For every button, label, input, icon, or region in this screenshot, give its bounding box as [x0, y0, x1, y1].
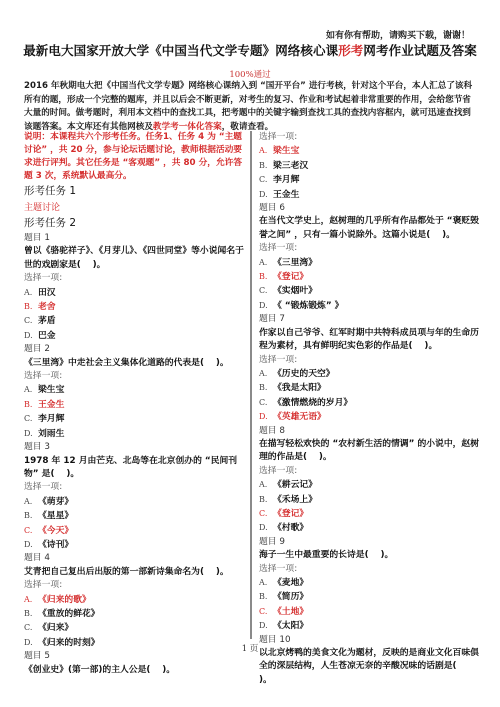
option-a[interactable]: A.《萌芽》: [24, 495, 246, 509]
question-text: 在当代文学史上，赵树理的几乎所有作品都处于 “褒贬毁誉之间” ，只有一篇小说除外…: [259, 215, 481, 242]
option-letter: C.: [24, 314, 38, 327]
option-letter: B.: [259, 590, 273, 603]
option-letter: A.: [24, 593, 38, 606]
question-text: 艾青把自己复出后出版的第一部新诗集命名为( )。: [24, 566, 246, 579]
select-hint: 选择一项:: [24, 481, 246, 494]
topic-discussion-label: 主题讨论: [24, 202, 246, 215]
option-letter: C.: [259, 507, 273, 520]
option-text: 《禾场上》: [273, 495, 317, 505]
option-text: 《星星》: [38, 511, 73, 521]
option-text: 《萌芽》: [38, 497, 73, 507]
question-3: 题目 3 1978 年 12 月由芒克、北岛等在北京创办的 “民间刊物” 是( …: [24, 441, 246, 552]
course-notice: 说明：本课程共六个形考任务。任务1、任务 4 为 “主题讨论” ，共 20 分，…: [24, 131, 246, 183]
option-d-correct[interactable]: D.《英雄无语》: [259, 410, 481, 424]
option-letter: D.: [259, 521, 273, 534]
option-letter: D.: [259, 188, 273, 201]
option-a[interactable]: A.《历史的天空》: [259, 367, 481, 381]
select-hint: 选择一项:: [259, 242, 481, 255]
question-9: 题目 9 海子一生中最重要的长诗是( )。 选择一项: A.《麦地》 B.《简历…: [259, 536, 481, 634]
option-text: 王金生: [38, 400, 64, 410]
option-b-correct[interactable]: B.老舍: [24, 300, 246, 314]
option-c[interactable]: C.《激情燃烧的岁月》: [259, 396, 481, 410]
option-text: 《村歌》: [273, 523, 308, 533]
option-text: 茅盾: [38, 316, 56, 326]
option-letter: C.: [24, 621, 38, 634]
option-a-correct[interactable]: A.梁生宝: [259, 144, 481, 158]
task-1-heading: 形考任务 1: [24, 184, 246, 199]
question-8: 题目 8 在描写轻松欢快的 “农村新生活的情调” 的小说中，赵树理的作品是( )…: [259, 425, 481, 536]
task-2-heading: 形考任务 2: [24, 216, 246, 231]
option-text: 《我是太阳》: [273, 383, 326, 393]
option-letter: D.: [259, 299, 273, 312]
select-hint: 选择一项:: [259, 131, 481, 144]
question-text: 作家以自己爷爷、红军时期中共特科成员项与年的生命历程为素材，具有鲜明纪实色彩的作…: [259, 327, 481, 354]
question-5-options: 选择一项: A.梁生宝 B.梁三老汉 C.李月辉 D.王金生: [259, 131, 481, 202]
option-letter: B.: [259, 159, 273, 172]
question-1: 题目 1 曾以《骆驼祥子》、《月芽儿》、《四世同堂》等小说闻名于世的戏剧家是( …: [24, 232, 246, 343]
option-text: 《登记》: [273, 509, 308, 519]
question-text: 曾以《骆驼祥子》、《月芽儿》、《四世同堂》等小说闻名于世的戏剧家是( )。: [24, 245, 246, 272]
option-letter: A.: [259, 478, 273, 491]
option-c[interactable]: C.《归来》: [24, 621, 246, 635]
option-text: 《归来》: [38, 623, 73, 633]
option-a-correct[interactable]: A.《归来的歌》: [24, 593, 246, 607]
option-b[interactable]: B.《星星》: [24, 509, 246, 523]
option-a[interactable]: A.《麦地》: [259, 576, 481, 590]
option-letter: C.: [259, 396, 273, 409]
question-number: 题目 2: [24, 343, 246, 356]
option-text: 《重放的鲜花》: [38, 609, 100, 619]
option-b[interactable]: B.《重放的鲜花》: [24, 607, 246, 621]
option-d[interactable]: D.刘雨生: [24, 427, 246, 441]
option-text: 《登记》: [273, 272, 308, 282]
column-divider: [250, 131, 252, 639]
option-text: 李月辉: [38, 414, 64, 424]
select-hint: 选择一项:: [24, 272, 246, 285]
option-c[interactable]: C.李月辉: [259, 173, 481, 187]
intro-paragraph: 2016 年秋期电大把《中国当代文学专题》网络核心课纳入到 “国开平台” 进行考…: [24, 80, 476, 134]
option-c[interactable]: C.《实烟叶》: [259, 284, 481, 298]
option-letter: B.: [24, 607, 38, 620]
option-b[interactable]: B.《我是太阳》: [259, 381, 481, 395]
option-letter: C.: [259, 284, 273, 297]
option-letter: C.: [259, 605, 273, 618]
question-number: 题目 3: [24, 441, 246, 454]
option-d[interactable]: D.王金生: [259, 188, 481, 202]
option-text: 《耕云记》: [273, 480, 317, 490]
option-b-correct[interactable]: B.《登记》: [259, 270, 481, 284]
option-a[interactable]: A.田汉: [24, 286, 246, 300]
option-letter: B.: [24, 300, 38, 313]
select-hint: 选择一项:: [24, 579, 246, 592]
option-letter: D.: [24, 538, 38, 551]
page-number: 1 页: [0, 642, 500, 654]
option-letter: A.: [24, 383, 38, 396]
option-c[interactable]: C.茅盾: [24, 314, 246, 328]
question-5: 题目 5 《创业史》(第一部)的主人公是( )。: [24, 650, 246, 677]
option-letter: C.: [259, 173, 273, 186]
question-number: 题目 9: [259, 536, 481, 549]
select-hint: 选择一项:: [259, 563, 481, 576]
question-text: 《创业史》(第一部)的主人公是( )。: [24, 664, 246, 677]
question-number: 题目 4: [24, 552, 246, 565]
question-text: 在描写轻松欢快的 “农村新生活的情调” 的小说中，赵树理的作品是( )。: [259, 438, 481, 465]
option-d[interactable]: D.《诗刊》: [24, 538, 246, 552]
option-c-correct[interactable]: C.《登记》: [259, 507, 481, 521]
option-text: 《今天》: [38, 526, 73, 536]
select-hint: 选择一项:: [259, 465, 481, 478]
option-letter: B.: [259, 381, 273, 394]
option-a[interactable]: A.《耕云记》: [259, 478, 481, 492]
option-text: 《 “锻炼锻炼” 》: [273, 301, 343, 311]
option-b-correct[interactable]: B.王金生: [24, 398, 246, 412]
option-text: 《土地》: [273, 607, 308, 617]
option-text: 《太阳》: [273, 621, 308, 631]
title-part-1: 最新电大国家开放大学《中国当代文学专题》网络核心课: [23, 43, 338, 58]
option-letter: D.: [259, 410, 273, 423]
option-text: 梁三老汉: [273, 161, 308, 171]
title-red-part: 形考: [338, 43, 363, 58]
option-letter: A.: [259, 367, 273, 380]
option-letter: A.: [24, 286, 38, 299]
option-text: 《历史的天空》: [273, 369, 335, 379]
document-title: 最新电大国家开放大学《中国当代文学专题》网络核心课形考网考作业试题及答案: [0, 41, 500, 59]
option-text: 《麦地》: [273, 578, 308, 588]
right-column: 选择一项: A.梁生宝 B.梁三老汉 C.李月辉 D.王金生 题目 6 在当代文…: [259, 131, 481, 687]
question-number: 题目 1: [24, 232, 246, 245]
option-d[interactable]: D.《太阳》: [259, 619, 481, 633]
option-letter: C.: [24, 412, 38, 425]
option-letter: A.: [259, 256, 273, 269]
option-c-correct[interactable]: C.《土地》: [259, 605, 481, 619]
option-letter: D.: [24, 427, 38, 440]
question-text: 海子一生中最重要的长诗是( )。: [259, 549, 481, 562]
question-2: 题目 2 《三里湾》中走社会主义集体化道路的代表是( )。 选择一项: A.梁生…: [24, 343, 246, 441]
option-text: 梁生宝: [273, 146, 299, 156]
question-text: 《三里湾》中走社会主义集体化道路的代表是( )。: [24, 357, 246, 370]
option-d[interactable]: D.巴金: [24, 329, 246, 343]
option-letter: B.: [24, 398, 38, 411]
option-a[interactable]: A.《三里湾》: [259, 256, 481, 270]
option-d[interactable]: D.《村歌》: [259, 521, 481, 535]
option-text: 《实烟叶》: [273, 286, 317, 296]
left-column: 说明：本课程共六个形考任务。任务1、任务 4 为 “主题讨论” ，共 20 分，…: [24, 131, 246, 677]
option-text: 《激情燃烧的岁月》: [273, 398, 352, 408]
option-text: 刘雨生: [38, 429, 64, 439]
option-letter: B.: [24, 509, 38, 522]
option-c-correct[interactable]: C.《今天》: [24, 524, 246, 538]
question-number: 题目 8: [259, 425, 481, 438]
pass-rate-line: 100%通过: [0, 68, 500, 80]
option-text: 王金生: [273, 190, 299, 200]
title-part-2: 网考作业试题及答案: [363, 43, 476, 58]
option-text: 《三里湾》: [273, 258, 317, 268]
option-letter: B.: [259, 493, 273, 506]
question-number: 题目 7: [259, 313, 481, 326]
intro-red-text: 教学考一体化答案: [153, 122, 222, 132]
select-hint: 选择一项:: [24, 370, 246, 383]
option-text: 《归来的歌》: [38, 595, 91, 605]
intro-text-2: ，敬请查看。: [222, 122, 274, 132]
question-number: 题目 6: [259, 202, 481, 215]
question-7: 题目 7 作家以自己爷爷、红军时期中共特科成员项与年的生命历程为素材，具有鲜明纪…: [259, 313, 481, 424]
option-letter: A.: [24, 495, 38, 508]
option-text: 梁生宝: [38, 385, 64, 395]
question-4: 题目 4 艾青把自己复出后出版的第一部新诗集命名为( )。 选择一项: A.《归…: [24, 552, 246, 650]
option-d[interactable]: D.《 “锻炼锻炼” 》: [259, 299, 481, 313]
question-text: 1978 年 12 月由芒克、北岛等在北京创办的 “民间刊物” 是( )。: [24, 455, 246, 482]
option-letter: D.: [259, 619, 273, 632]
option-text: 《英雄无语》: [273, 412, 326, 422]
help-note: 如有你有帮助，请购买下载，谢谢！: [326, 28, 470, 41]
option-letter: D.: [24, 329, 38, 342]
question-6: 题目 6 在当代文学史上，赵树理的几乎所有作品都处于 “褒贬毁誉之间” ，只有一…: [259, 202, 481, 313]
option-letter: B.: [259, 270, 273, 283]
option-letter: C.: [24, 524, 38, 537]
option-text: 田汉: [38, 288, 56, 298]
option-letter: A.: [259, 576, 273, 589]
option-b[interactable]: B.《禾场上》: [259, 493, 481, 507]
option-text: 李月辉: [273, 175, 299, 185]
option-text: 老舍: [38, 302, 56, 312]
option-letter: A.: [259, 144, 273, 157]
option-text: 《诗刊》: [38, 540, 73, 550]
option-text: 巴金: [38, 331, 56, 341]
option-c[interactable]: C.李月辉: [24, 412, 246, 426]
select-hint: 选择一项:: [259, 354, 481, 367]
option-a[interactable]: A.梁生宝: [24, 383, 246, 397]
option-text: 《简历》: [273, 592, 308, 602]
option-b[interactable]: B.《简历》: [259, 590, 481, 604]
option-b[interactable]: B.梁三老汉: [259, 159, 481, 173]
